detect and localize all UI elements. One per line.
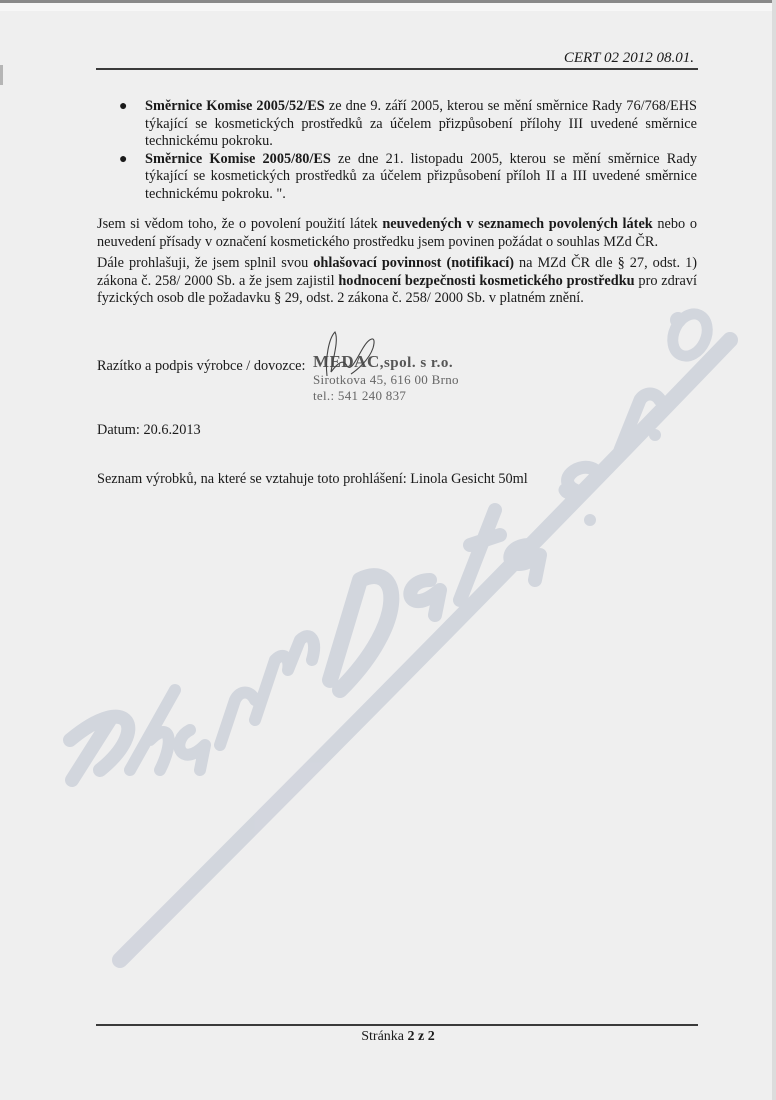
bold-run: hodnocení bezpečnosti kosmetického prost…: [338, 273, 634, 289]
signature-icon: [307, 328, 397, 378]
header-rule: [96, 68, 698, 70]
directive-item: ● Směrnice Komise 2005/52/ES ze dne 9. z…: [97, 98, 697, 151]
declaration-paragraph-2: Dále prohlašuji, že jsem splnil svou ohl…: [97, 255, 697, 308]
bullet-icon: ●: [119, 151, 127, 169]
document-page: CERT 02 2012 08.01. ● Směrnice Komise 20…: [0, 0, 776, 1100]
page-current: 2: [408, 1029, 415, 1044]
text-run: Jsem si vědom toho, že o povolení použit…: [97, 216, 382, 232]
bold-run: ohlašovací povinnost (notifikací): [313, 255, 514, 271]
footer-rule: [96, 1024, 698, 1026]
date-field: Datum: 20.6.2013: [97, 422, 201, 439]
document-code: CERT 02 2012 08.01.: [564, 50, 694, 67]
bold-run: neuvedených v seznamech povolených látek: [382, 216, 652, 232]
page-total: 2: [428, 1029, 435, 1044]
text-run: Dále prohlašuji, že jsem splnil svou: [97, 255, 313, 271]
directive-list: ● Směrnice Komise 2005/52/ES ze dne 9. z…: [97, 98, 697, 203]
directive-title: Směrnice Komise 2005/52/ES: [145, 98, 325, 114]
bullet-icon: ●: [119, 98, 127, 116]
declaration-paragraph-1: Jsem si vědom toho, že o povolení použit…: [97, 216, 697, 251]
document-body: ● Směrnice Komise 2005/52/ES ze dne 9. z…: [97, 98, 697, 308]
page-number: Stránka 2 z 2: [0, 1029, 776, 1045]
page-of: z: [418, 1029, 424, 1044]
company-phone: tel.: 541 240 837: [313, 388, 533, 404]
directive-item: ● Směrnice Komise 2005/80/ES ze dne 21. …: [97, 151, 697, 204]
page-word: Stránka: [361, 1029, 404, 1044]
product-list: Seznam výrobků, na které se vztahuje tot…: [97, 471, 528, 488]
scan-left-mark: [0, 65, 3, 85]
scan-right-edge: [772, 0, 776, 1100]
directive-title: Směrnice Komise 2005/80/ES: [145, 151, 331, 167]
stamp-label: Razítko a podpis výrobce / dovozce:: [97, 358, 305, 375]
scan-top-highlight: [0, 3, 776, 11]
